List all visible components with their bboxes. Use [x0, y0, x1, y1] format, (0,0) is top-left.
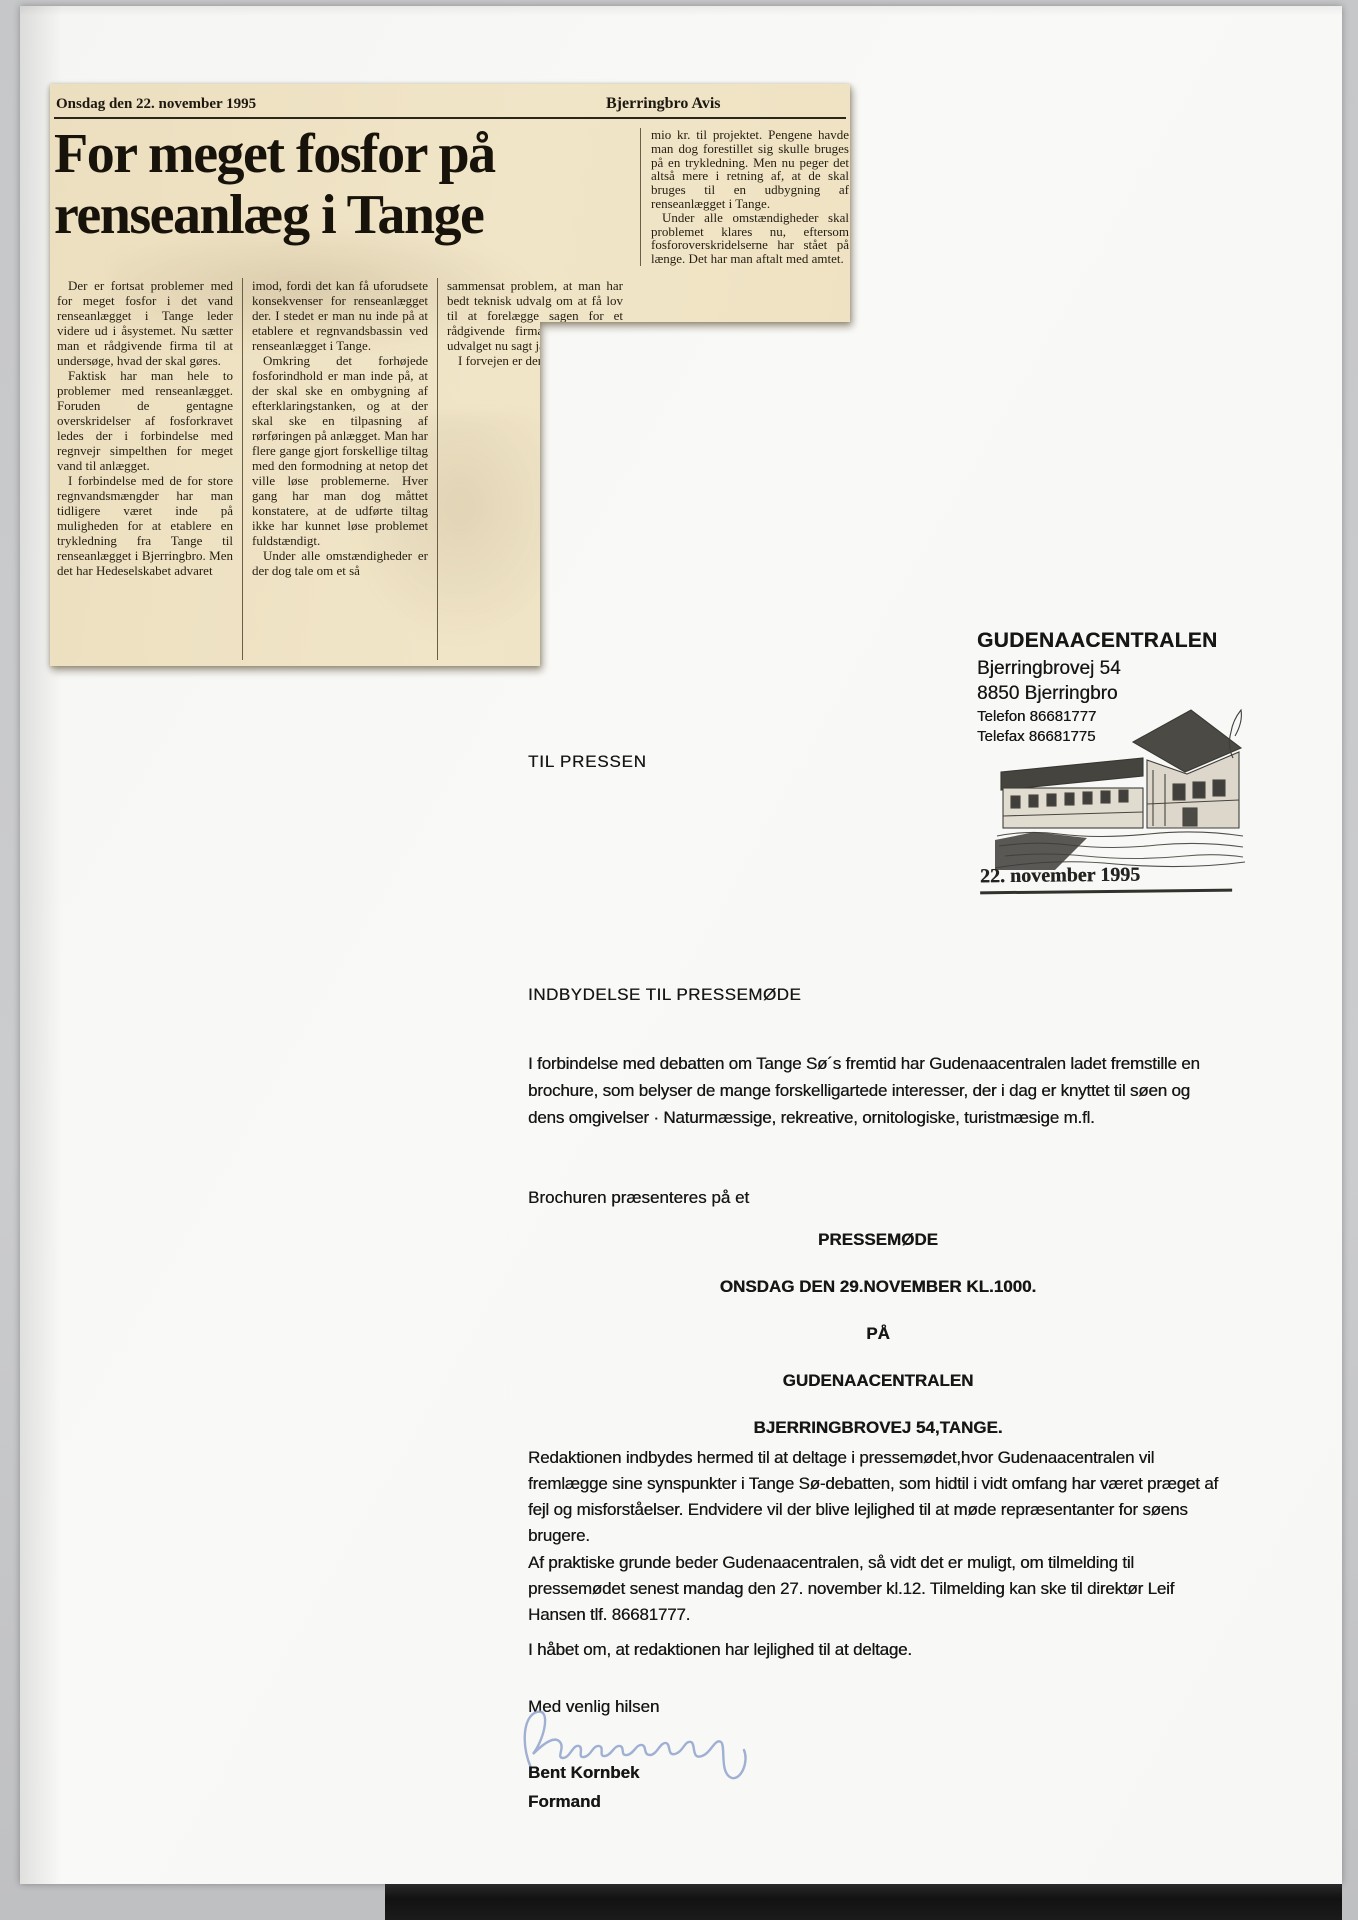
clipping-columns: Der er fortsat problemer med for meget f…: [56, 278, 632, 660]
scanner-edge-strip: [385, 1884, 1342, 1920]
clipping-date: Onsdag den 22. november 1995: [56, 96, 256, 113]
headline-line-2: renseanlæg i Tange: [54, 185, 495, 246]
headline-line-1: For meget fosfor på: [54, 124, 495, 185]
letter-paragraph-1: I forbindelse med debatten om Tange Sø´s…: [528, 1050, 1228, 1131]
meeting-datetime: ONSDAG DEN 29.NOVEMBER KL.1000.: [528, 1273, 1228, 1300]
news-paragraph: sammensat problem, at man har bedt tekni…: [447, 278, 623, 353]
clipping-source-name: Bjerringbro Avis: [606, 95, 721, 113]
news-paragraph: I forbindelse med de for store regnvands…: [57, 473, 233, 578]
clipping-headline: For meget fosfor på renseanlæg i Tange: [54, 124, 495, 246]
letter-paragraph-2: Redaktionen indbydes hermed til at delta…: [528, 1445, 1228, 1549]
news-paragraph: imod, fordi det kan få uforudsete konsek…: [252, 278, 428, 353]
news-column-1: Der er fortsat problemer med for meget f…: [56, 278, 242, 660]
news-column-2: imod, fordi det kan få uforudsete konsek…: [242, 278, 437, 660]
signer-title: Formand: [528, 1792, 601, 1812]
news-column-3: sammensat problem, at man har bedt tekni…: [437, 278, 632, 660]
newspaper-clipping: Onsdag den 22. november 1995 Bjerringbro…: [50, 84, 850, 666]
recipient-line: TIL PRESSEN: [528, 752, 647, 772]
letter-paragraph-4: I håbet om, at redaktionen har lejlighed…: [528, 1636, 1228, 1663]
company-street: Bjerringbrovej 54: [977, 659, 1217, 678]
building-engraving-illustration: [995, 700, 1245, 870]
newspaper-clipping-surface: Onsdag den 22. november 1995 Bjerringbro…: [50, 84, 850, 666]
subject-line: INDBYDELSE TIL PRESSEMØDE: [528, 985, 801, 1005]
letter-paragraph-3: Af praktiske grunde beder Gudenaacentral…: [528, 1550, 1228, 1628]
news-paragraph: mio kr. til projektet. Pengene havde man…: [651, 128, 849, 211]
company-name: GUDENAACENTRALEN: [977, 630, 1217, 651]
meeting-address: BJERRINGBROVEJ 54,TANGE.: [528, 1414, 1228, 1441]
scanned-document-page: { "clipping": { "date": "Onsdag den 22. …: [0, 0, 1358, 1920]
news-paragraph: Der er fortsat problemer med for meget f…: [57, 278, 233, 368]
news-paragraph: I forvejen er der afsat 3: [447, 353, 623, 368]
brochure-intro-line: Brochuren præsenteres på et: [528, 1188, 749, 1208]
news-paragraph: Omkring det forhøjede fosforindhold er m…: [252, 353, 428, 548]
date-stamp: 22. november 1995: [980, 863, 1232, 895]
signer-name: Bent Kornbek: [528, 1763, 639, 1783]
meeting-preposition: PÅ: [528, 1320, 1228, 1347]
news-paragraph: Faktisk har man hele to problemer med re…: [57, 368, 233, 473]
meeting-venue: GUDENAACENTRALEN: [528, 1367, 1228, 1394]
news-paragraph: Under alle omstændigheder skal problemet…: [651, 211, 849, 266]
news-column-4: mio kr. til projektet. Pengene havde man…: [640, 128, 849, 266]
meeting-title: PRESSEMØDE: [528, 1226, 1228, 1253]
meeting-announcement: PRESSEMØDE ONSDAG DEN 29.NOVEMBER KL.100…: [528, 1226, 1228, 1461]
news-paragraph: Under alle omstændigheder er der dog tal…: [252, 548, 428, 578]
clipping-header-rule: [54, 117, 846, 119]
